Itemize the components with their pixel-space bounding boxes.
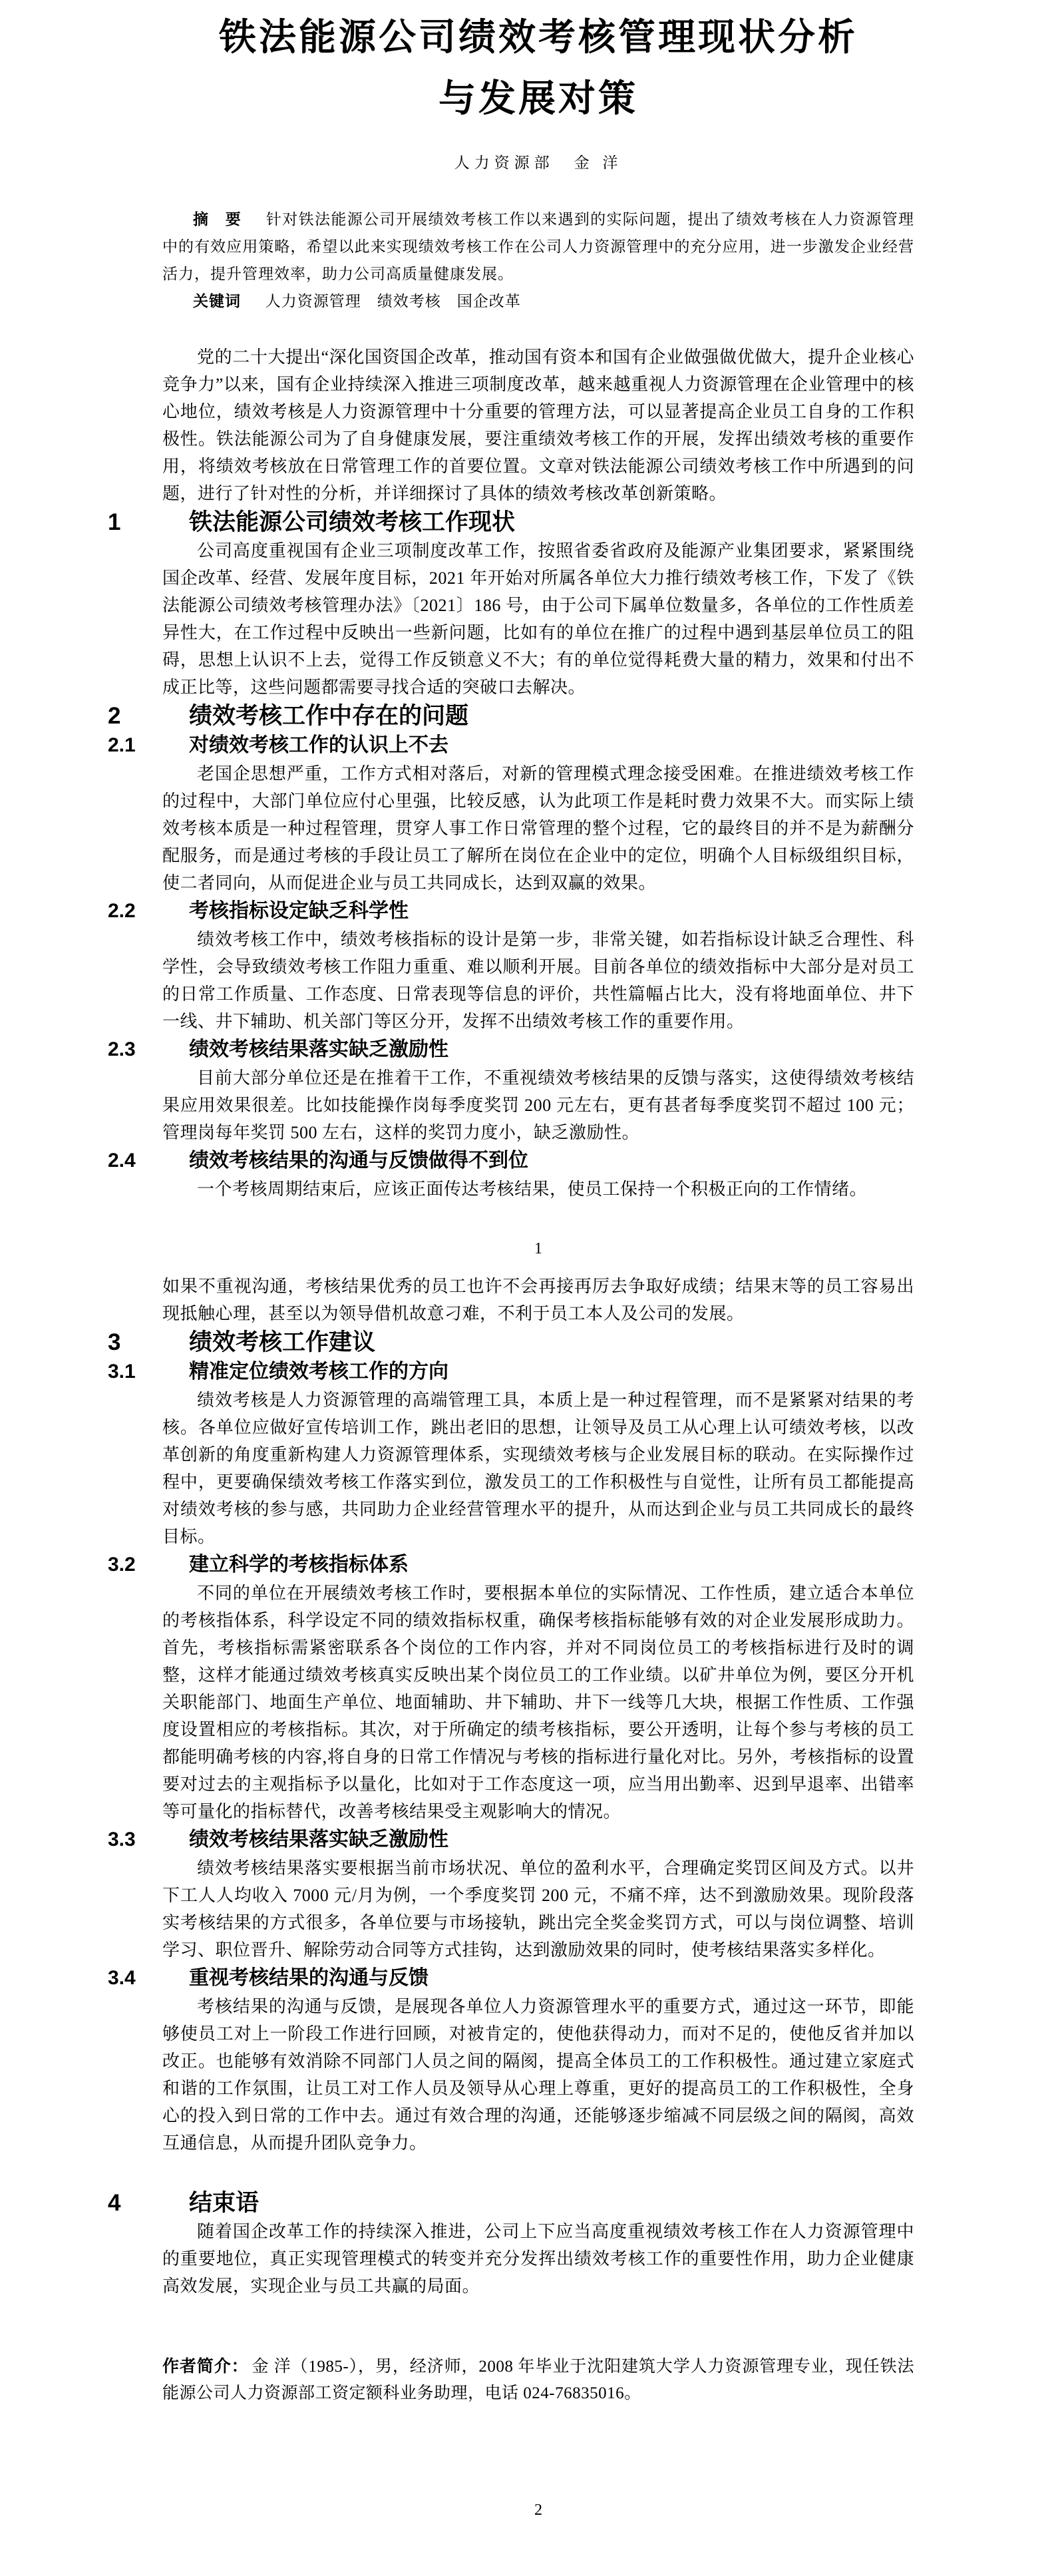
subsection-heading-2-3: 2.3绩效考核结果落实缺乏激励性: [108, 1035, 914, 1064]
title-block: 铁法能源公司绩效考核管理现状分析 与发展对策: [162, 0, 914, 129]
abstract-label: 摘 要: [193, 210, 242, 228]
heading-text: 绩效考核结果落实缺乏激励性: [189, 1038, 448, 1060]
body-paragraph: 党的二十大提出“深化国资国企改革，推动国有资本和国有企业做强做优做大，提升企业核…: [162, 343, 914, 507]
section-heading-1: 1铁法能源公司绩效考核工作现状: [108, 507, 914, 537]
subsection-heading-3-1: 3.1精准定位绩效考核工作的方向: [108, 1357, 914, 1387]
body-paragraph: 公司高度重视国有企业三项制度改革工作，按照省委省政府及能源产业集团要求，紧紧围绕…: [162, 537, 914, 701]
heading-number: 3.3: [108, 1825, 189, 1854]
body-paragraph: 绩效考核工作中，绩效考核指标的设计是第一步，非常关键，如若指标设计缺乏合理性、科…: [162, 926, 914, 1035]
heading-number: 3: [108, 1327, 189, 1357]
page-number: 2: [162, 2500, 914, 2520]
keywords-label: 关键词: [193, 292, 241, 310]
author-bio-text: 金 洋（1985-），男，经济师，2008 年毕业于沈阳建筑大学人力资源管理专业…: [162, 2358, 914, 2402]
abstract-block: 摘 要针对铁法能源公司开展绩效考核工作以来遇到的实际问题，提出了绩效考核在人力资…: [162, 206, 914, 315]
heading-text: 精准定位绩效考核工作的方向: [189, 1361, 448, 1383]
subsection-heading-2-4: 2.4绩效考核结果的沟通与反馈做得不到位: [108, 1146, 914, 1176]
page-1-content: 党的二十大提出“深化国资国企改革，推动国有资本和国有企业做强做优做大，提升企业核…: [162, 343, 914, 1259]
body-paragraph: 老国企思想严重，工作方式相对落后，对新的管理模式理念接受困难。在推进绩效考核工作…: [162, 760, 914, 897]
document-page-1: 铁法能源公司绩效考核管理现状分析 与发展对策 人力资源部 金 洋 摘 要针对铁法…: [162, 0, 914, 1259]
subsection-heading-2-2: 2.2考核指标设定缺乏科学性: [108, 897, 914, 926]
heading-text: 绩效考核结果的沟通与反馈做得不到位: [189, 1150, 528, 1172]
keywords-line: 关键词人力资源管理 绩效考核 国企改革: [162, 288, 914, 315]
body-paragraph-continuation: 如果不重视沟通，考核结果优秀的员工也许不会再接再厉去争取好成绩；结果末等的员工容…: [162, 1273, 914, 1327]
heading-number: 2: [108, 701, 189, 731]
section-heading-4: 4结束语: [108, 2188, 914, 2218]
body-paragraph: 随着国企改革工作的持续深入推进，公司上下应当高度重视绩效考核工作在人力资源管理中…: [162, 2218, 914, 2300]
keywords-text: 人力资源管理 绩效考核 国企改革: [265, 293, 521, 310]
heading-text: 对绩效考核工作的认识上不去: [189, 734, 448, 756]
heading-text: 结束语: [189, 2190, 259, 2216]
body-paragraph: 目前大部分单位还是在推着干工作，不重视绩效考核结果的反馈与落实，这使得绩效考核结…: [162, 1064, 914, 1146]
heading-text: 考核指标设定缺乏科学性: [189, 900, 409, 922]
heading-text: 重视考核结果的沟通与反馈: [189, 1967, 429, 1989]
author-bio-label: 作者简介：: [162, 2357, 249, 2376]
heading-number: 3.1: [108, 1357, 189, 1387]
heading-number: 1: [108, 507, 189, 537]
abstract-text: 针对铁法能源公司开展绩效考核工作以来遇到的实际问题，提出了绩效考核在人力资源管理…: [162, 211, 914, 282]
body-paragraph: 绩效考核结果落实要根据当前市场状况、单位的盈利水平，合理确定奖罚区间及方式。以井…: [162, 1854, 914, 1964]
page-number: 1: [162, 1239, 914, 1259]
section-heading-2: 2绩效考核工作中存在的问题: [108, 701, 914, 731]
body-paragraph: 不同的单位在开展绩效考核工作时，要根据本单位的实际情况、工作性质，建立适合本单位…: [162, 1580, 914, 1825]
document: 铁法能源公司绩效考核管理现状分析 与发展对策 人力资源部 金 洋 摘 要针对铁法…: [0, 0, 1056, 2525]
heading-number: 2.3: [108, 1035, 189, 1064]
heading-number: 2.2: [108, 897, 189, 926]
subsection-heading-3-3: 3.3绩效考核结果落实缺乏激励性: [108, 1825, 914, 1854]
heading-number: 2.4: [108, 1146, 189, 1176]
heading-number: 3.4: [108, 1964, 189, 1993]
subsection-heading-3-4: 3.4重视考核结果的沟通与反馈: [108, 1964, 914, 1993]
heading-text: 绩效考核结果落实缺乏激励性: [189, 1828, 448, 1850]
heading-text: 绩效考核工作建议: [189, 1329, 375, 1355]
document-page-2: 如果不重视沟通，考核结果优秀的员工也许不会再接再厉去争取好成绩；结果末等的员工容…: [162, 1259, 914, 2520]
heading-text: 建立科学的考核指标体系: [189, 1554, 409, 1576]
doc-title-line1: 铁法能源公司绩效考核管理现状分析: [162, 7, 914, 68]
body-paragraph: 一个考核周期结束后，应该正面传达考核结果，使员工保持一个积极正向的工作情绪。: [162, 1176, 914, 1203]
author-line: 人力资源部 金 洋: [162, 150, 914, 172]
author-bio: 作者简介：金 洋（1985-），男，经济师，2008 年毕业于沈阳建筑大学人力资…: [162, 2353, 914, 2407]
section-heading-3: 3绩效考核工作建议: [108, 1327, 914, 1357]
heading-text: 绩效考核工作中存在的问题: [189, 703, 468, 729]
subsection-heading-2-1: 2.1对绩效考核工作的认识上不去: [108, 731, 914, 760]
heading-number: 3.2: [108, 1550, 189, 1580]
body-paragraph: 考核结果的沟通与反馈，是展现各单位人力资源管理水平的重要方式，通过这一环节，即能…: [162, 1993, 914, 2157]
page-2-content: 如果不重视沟通，考核结果优秀的员工也许不会再接再厉去争取好成绩；结果末等的员工容…: [162, 1273, 914, 2520]
subsection-heading-3-2: 3.2建立科学的考核指标体系: [108, 1550, 914, 1580]
doc-title-line2: 与发展对策: [162, 68, 914, 129]
heading-number: 4: [108, 2188, 189, 2218]
heading-number: 2.1: [108, 731, 189, 760]
heading-text: 铁法能源公司绩效考核工作现状: [189, 509, 515, 535]
abstract-paragraph: 摘 要针对铁法能源公司开展绩效考核工作以来遇到的实际问题，提出了绩效考核在人力资…: [162, 206, 914, 288]
body-paragraph: 绩效考核是人力资源管理的高端管理工具，本质上是一种过程管理，而不是紧紧对结果的考…: [162, 1387, 914, 1550]
